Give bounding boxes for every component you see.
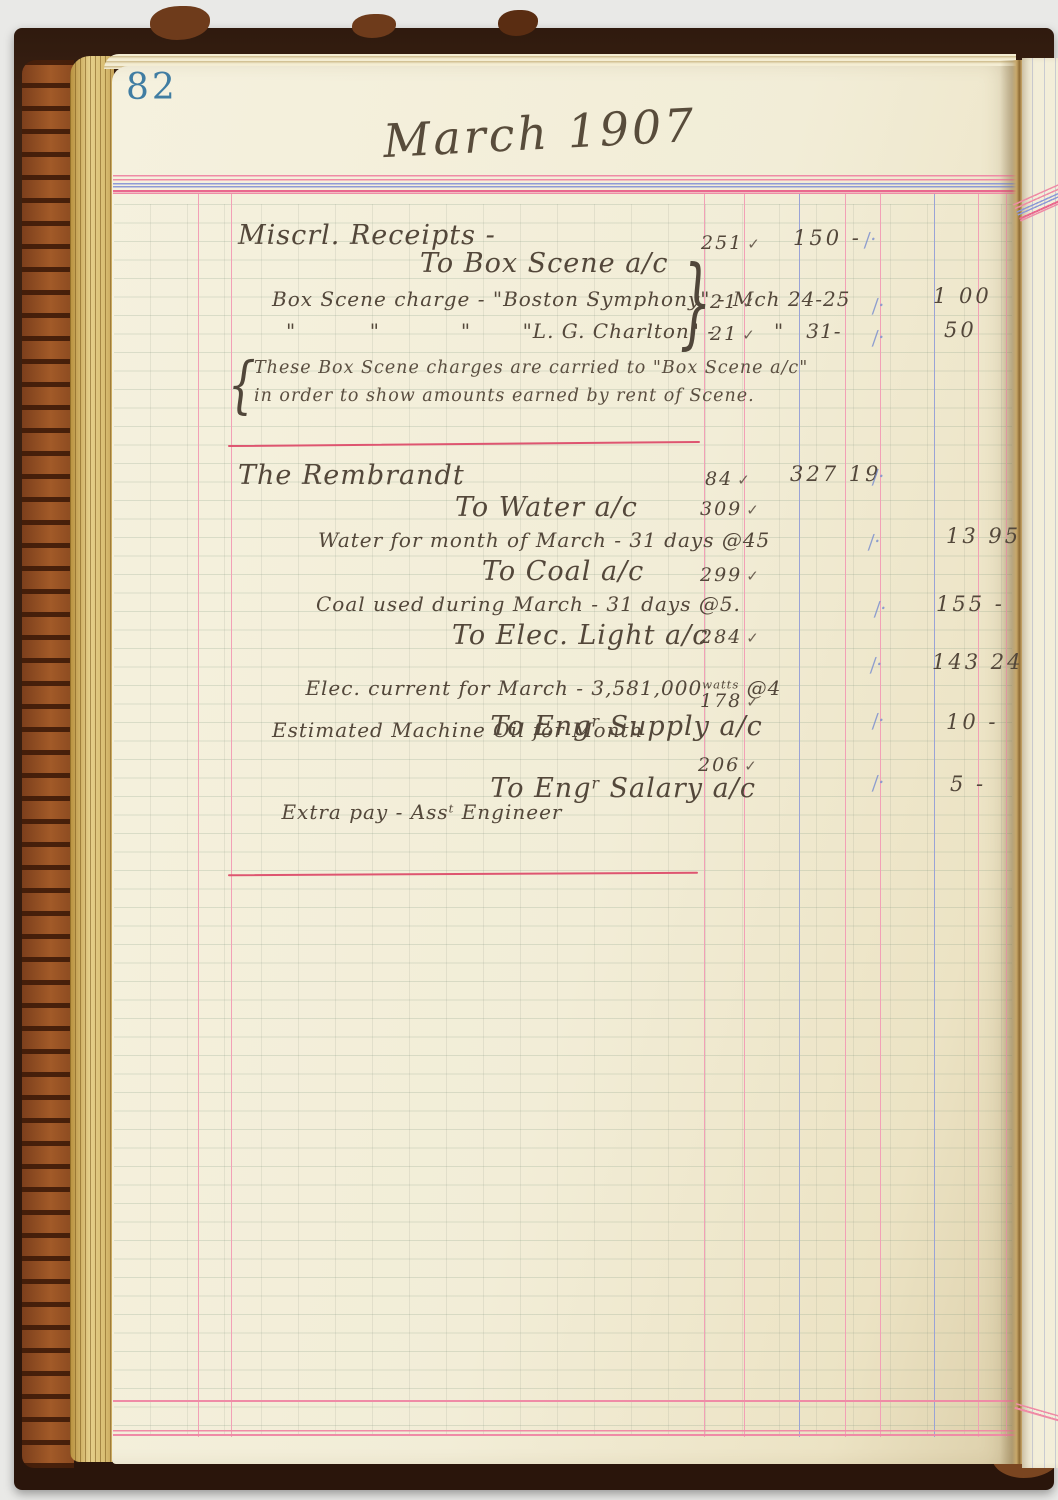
checkmark-icon: ✓ <box>747 235 760 253</box>
credit-amount: 13 95 <box>946 526 1021 547</box>
contra-text: Salary a/c <box>600 773 756 804</box>
facing-page-rule <box>1032 58 1033 1468</box>
memo-note-line1: These Box Scene charges are carried to "… <box>254 360 808 378</box>
folio-number: 178 <box>700 690 742 712</box>
entry-account-name: The Rembrandt <box>238 462 465 489</box>
contra-account: To Coal a/c <box>482 558 644 585</box>
ledger-photo: 82 March 1907 Miscrl. Receipts - 251✓ 15… <box>0 0 1058 1500</box>
credit-cents-rule <box>978 194 979 1437</box>
folio-reference: 178✓ <box>700 692 759 711</box>
folio-number: 284 <box>700 626 742 648</box>
folio-reference: 206✓ <box>698 756 757 775</box>
date-column-rule <box>198 194 199 1437</box>
posting-description: Extra pay - Asst Engineer <box>252 782 563 842</box>
checkmark-icon: ✓ <box>742 326 755 344</box>
gilded-page-edges <box>70 56 114 1462</box>
checkmark-icon: ✓ <box>742 294 755 312</box>
folio-number: 206 <box>698 754 740 776</box>
folio-reference: 309✓ <box>700 500 759 519</box>
memo-note-line2: in order to show amounts earned by rent … <box>254 388 755 406</box>
credit-amount: 155 - <box>936 594 1005 615</box>
checkmark-icon: ✓ <box>746 693 759 711</box>
posting-description: Water for month of March - 31 days @45 <box>318 530 770 550</box>
item-description: Box Scene charge - "Boston Symphony" - M… <box>272 289 851 309</box>
credit-amount: 1 00 <box>933 286 992 307</box>
checkmark-icon: ✓ <box>746 501 759 519</box>
checkmark-icon: ✓ <box>746 629 759 647</box>
folio-number: 84 <box>705 468 733 490</box>
contra-account: To Box Scene a/c <box>420 250 669 277</box>
credit-amount: 10 - <box>946 712 999 733</box>
folio-reference: 21✓ <box>710 325 755 344</box>
folio-reference: 299✓ <box>700 566 759 585</box>
description-text: Extra pay - Ass <box>281 800 448 824</box>
gutter-fold <box>1000 60 1022 1464</box>
bottom-double-rule <box>113 1430 1016 1436</box>
folio-reference: 84✓ <box>705 470 750 489</box>
description-text: Engineer <box>454 800 562 824</box>
debit-cents-rule <box>845 194 846 1437</box>
debit-amount: 327 19 <box>790 464 881 485</box>
folio-reference: 284✓ <box>700 628 759 647</box>
superscript-letter: r <box>591 773 599 792</box>
credit-amount: 50 <box>944 320 977 341</box>
item-description-ditto: " " " "L. G. Charlton" - " 31- <box>286 321 841 341</box>
folio-number: 309 <box>700 498 742 520</box>
page-number: 82 <box>126 70 178 106</box>
facing-page-sliver <box>1022 58 1058 1468</box>
folio-number: 299 <box>700 564 742 586</box>
checkmark-icon: ✓ <box>744 757 757 775</box>
checkmark-icon: ✓ <box>737 471 750 489</box>
facing-page-rule <box>1055 58 1056 1468</box>
posting-description: Estimated Machine Oil for Month <box>272 720 643 740</box>
header-rule-band <box>113 175 1016 194</box>
credit-column-rule <box>934 194 935 1437</box>
folio-reference: 21✓ <box>710 293 755 312</box>
debit-column-rule <box>799 194 800 1437</box>
posting-description: Coal used during March - 31 days @5. <box>316 594 741 614</box>
entry-account-name: Miscrl. Receipts - <box>238 222 496 249</box>
checkmark-icon: ✓ <box>746 567 759 585</box>
debit-amount: 150 - <box>793 228 862 249</box>
contra-account: To Elec. Light a/c <box>452 622 708 649</box>
bottom-rule <box>113 1400 1016 1402</box>
spine-tooling <box>22 60 74 1468</box>
folio-number: 21 <box>710 291 738 313</box>
facing-page-rule <box>1044 58 1045 1468</box>
credit-amount: 5 - <box>950 774 986 795</box>
note-brace: { <box>228 354 256 416</box>
contra-account: To Water a/c <box>455 494 638 521</box>
credit-amount: 143 24 <box>932 652 1023 673</box>
folio-number: 21 <box>710 323 738 345</box>
debit-column-rule <box>880 194 881 1437</box>
